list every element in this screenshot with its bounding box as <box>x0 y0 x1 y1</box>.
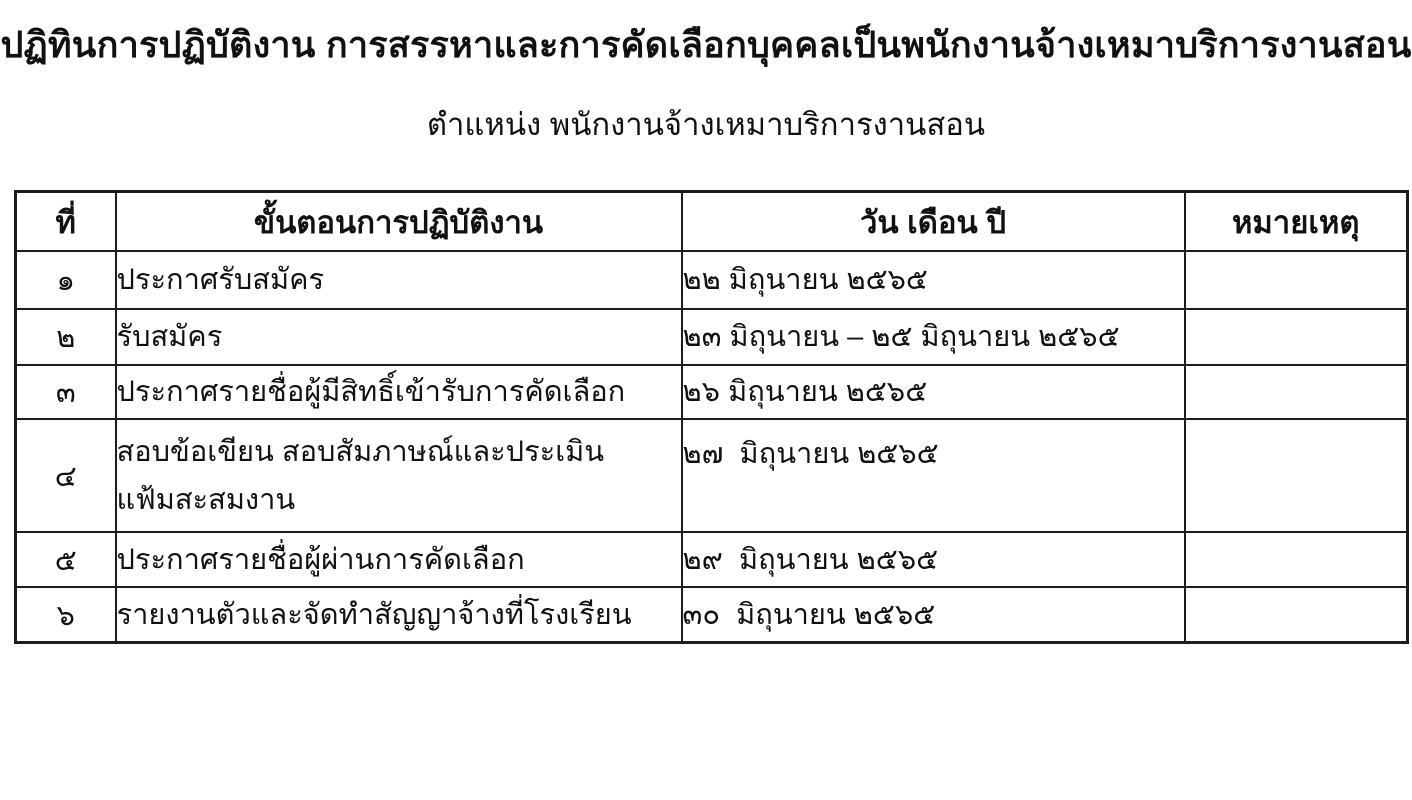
row-step: รับสมัคร <box>116 309 682 365</box>
header-no: ที่ <box>16 192 116 252</box>
row-note <box>1185 587 1408 643</box>
row-note <box>1185 532 1408 587</box>
row-date: ๒๗ มิถุนายน ๒๕๖๕ <box>682 419 1185 532</box>
row-step: ประกาศรับสมัคร <box>116 251 682 309</box>
row-number: ๑ <box>16 251 116 309</box>
row-step: ประกาศรายชื่อผู้มีสิทธิ์เข้ารับการคัดเลื… <box>116 365 682 419</box>
table-header-row: ที่ ขั้นตอนการปฏิบัติงาน วัน เดือน ปี หม… <box>16 192 1408 252</box>
header-date: วัน เดือน ปี <box>682 192 1185 252</box>
row-number: ๒ <box>16 309 116 365</box>
row-note <box>1185 365 1408 419</box>
row-note <box>1185 309 1408 365</box>
row-number: ๕ <box>16 532 116 587</box>
row-step: รายงานตัวและจัดทำสัญญาจ้างที่โรงเรียน <box>116 587 682 643</box>
row-date: ๒๙ มิถุนายน ๒๕๖๕ <box>682 532 1185 587</box>
document-subtitle: ตำแหน่ง พนักงานจ้างเหมาบริการงานสอน <box>0 99 1412 149</box>
row-date: ๒๖ มิถุนายน ๒๕๖๕ <box>682 365 1185 419</box>
document-title: ปฏิทินการปฏิบัติงาน การสรรหาและการคัดเลื… <box>0 16 1412 73</box>
schedule-table: ที่ ขั้นตอนการปฏิบัติงาน วัน เดือน ปี หม… <box>14 190 1409 644</box>
table-row: ๑ ประกาศรับสมัคร ๒๒ มิถุนายน ๒๕๖๕ <box>16 251 1408 309</box>
row-note <box>1185 419 1408 532</box>
row-step: ประกาศรายชื่อผู้ผ่านการคัดเลือก <box>116 532 682 587</box>
row-date: ๒๓ มิถุนายน – ๒๕ มิถุนายน ๒๕๖๕ <box>682 309 1185 365</box>
table-row: ๒ รับสมัคร ๒๓ มิถุนายน – ๒๕ มิถุนายน ๒๕๖… <box>16 309 1408 365</box>
row-number: ๔ <box>16 419 116 532</box>
row-date: ๒๒ มิถุนายน ๒๕๖๕ <box>682 251 1185 309</box>
row-number: ๖ <box>16 587 116 643</box>
header-step: ขั้นตอนการปฏิบัติงาน <box>116 192 682 252</box>
table-row: ๖ รายงานตัวและจัดทำสัญญาจ้างที่โรงเรียน … <box>16 587 1408 643</box>
table-row: ๔ สอบข้อเขียน สอบสัมภาษณ์และประเมิน แฟ้ม… <box>16 419 1408 532</box>
row-date: ๓๐ มิถุนายน ๒๕๖๕ <box>682 587 1185 643</box>
document-page: ปฏิทินการปฏิบัติงาน การสรรหาและการคัดเลื… <box>0 0 1412 800</box>
row-number: ๓ <box>16 365 116 419</box>
table-row: ๓ ประกาศรายชื่อผู้มีสิทธิ์เข้ารับการคัดเ… <box>16 365 1408 419</box>
header-note: หมายเหตุ <box>1185 192 1408 252</box>
row-step: สอบข้อเขียน สอบสัมภาษณ์และประเมิน แฟ้มสะ… <box>116 419 682 532</box>
table-row: ๕ ประกาศรายชื่อผู้ผ่านการคัดเลือก ๒๙ มิถ… <box>16 532 1408 587</box>
row-note <box>1185 251 1408 309</box>
